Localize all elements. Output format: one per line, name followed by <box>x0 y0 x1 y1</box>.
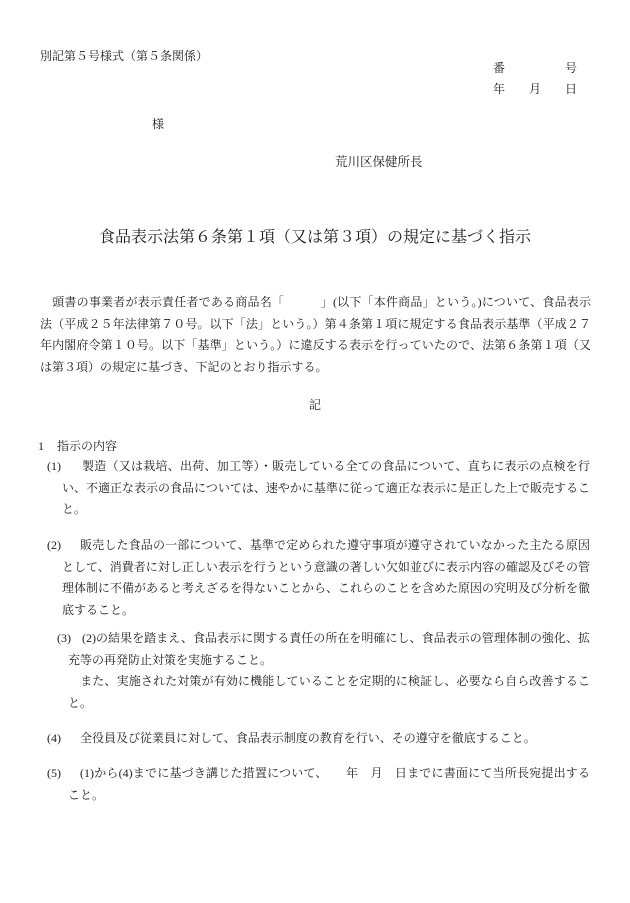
instruction-item-1: (1) 製造（又は栽培、出荷、加工等）・販売している全ての食品について、直ちに表… <box>62 456 590 521</box>
item-text: 製造（又は栽培、出荷、加工等）・販売している全ての食品について、直ちに表示の点検… <box>62 456 590 521</box>
item-marker: (2) <box>47 535 61 557</box>
item-marker: (3) <box>57 628 71 650</box>
section-heading-text: 指示の内容 <box>57 439 117 453</box>
item-text: 販売した食品の一部について、基準で定められた遵守事項が遵守されていなかった主たる… <box>62 535 590 621</box>
preamble-paragraph: 頭書の事業者が表示責任者である商品名「 」(以下「本件商品」という。)について、… <box>40 292 591 378</box>
item-text: 全役員及び従業員に対して、食品表示制度の教育を行い、その遵守を徹底すること。 <box>62 728 590 750</box>
instruction-item-5: (5) (1)から(4)までに基づき講じた措置について、 年 月 日までに書面に… <box>68 763 590 806</box>
instruction-item-4: (4) 全役員及び従業員に対して、食品表示制度の教育を行い、その遵守を徹底するこ… <box>62 728 590 750</box>
addressee-suffix: 様 <box>152 114 164 136</box>
item-marker: (4) <box>47 728 61 750</box>
form-style-label: 別記第５号様式（第５条関係） <box>40 46 208 68</box>
instruction-item-3: (3) (2)の結果を踏まえ、食品表示に関する責任の所在を明確にし、食品表示の管… <box>68 628 590 714</box>
instruction-item-2: (2) 販売した食品の一部について、基準で定められた遵守事項が遵守されていなかっ… <box>62 535 590 621</box>
item-text-continued: また、実施された対策が有効に機能していることを定期的に検証し、必要なら自ら改善す… <box>68 671 590 714</box>
ki-separator-label: 記 <box>0 395 630 417</box>
item-text: (1)から(4)までに基づき講じた措置について、 年 月 日までに書面にて当所長… <box>68 763 590 806</box>
item-marker: (1) <box>47 456 61 478</box>
item-marker: (5) <box>47 763 61 785</box>
section-heading: 1指示の内容 <box>38 436 117 458</box>
document-page: 別記第５号様式（第５条関係） 番 号 年 月 日 様 荒川区保健所長 食品表示法… <box>0 0 630 903</box>
document-title: 食品表示法第６条第１項（又は第３項）の規定に基づく指示 <box>0 226 630 250</box>
item-text: (2)の結果を踏まえ、食品表示に関する責任の所在を明確にし、食品表示の管理体制の… <box>68 628 590 671</box>
issuer-name: 荒川区保健所長 <box>335 152 423 174</box>
document-date-line: 年 月 日 <box>493 79 577 101</box>
section-number: 1 <box>38 439 44 453</box>
document-number-line: 番 号 <box>493 58 577 80</box>
